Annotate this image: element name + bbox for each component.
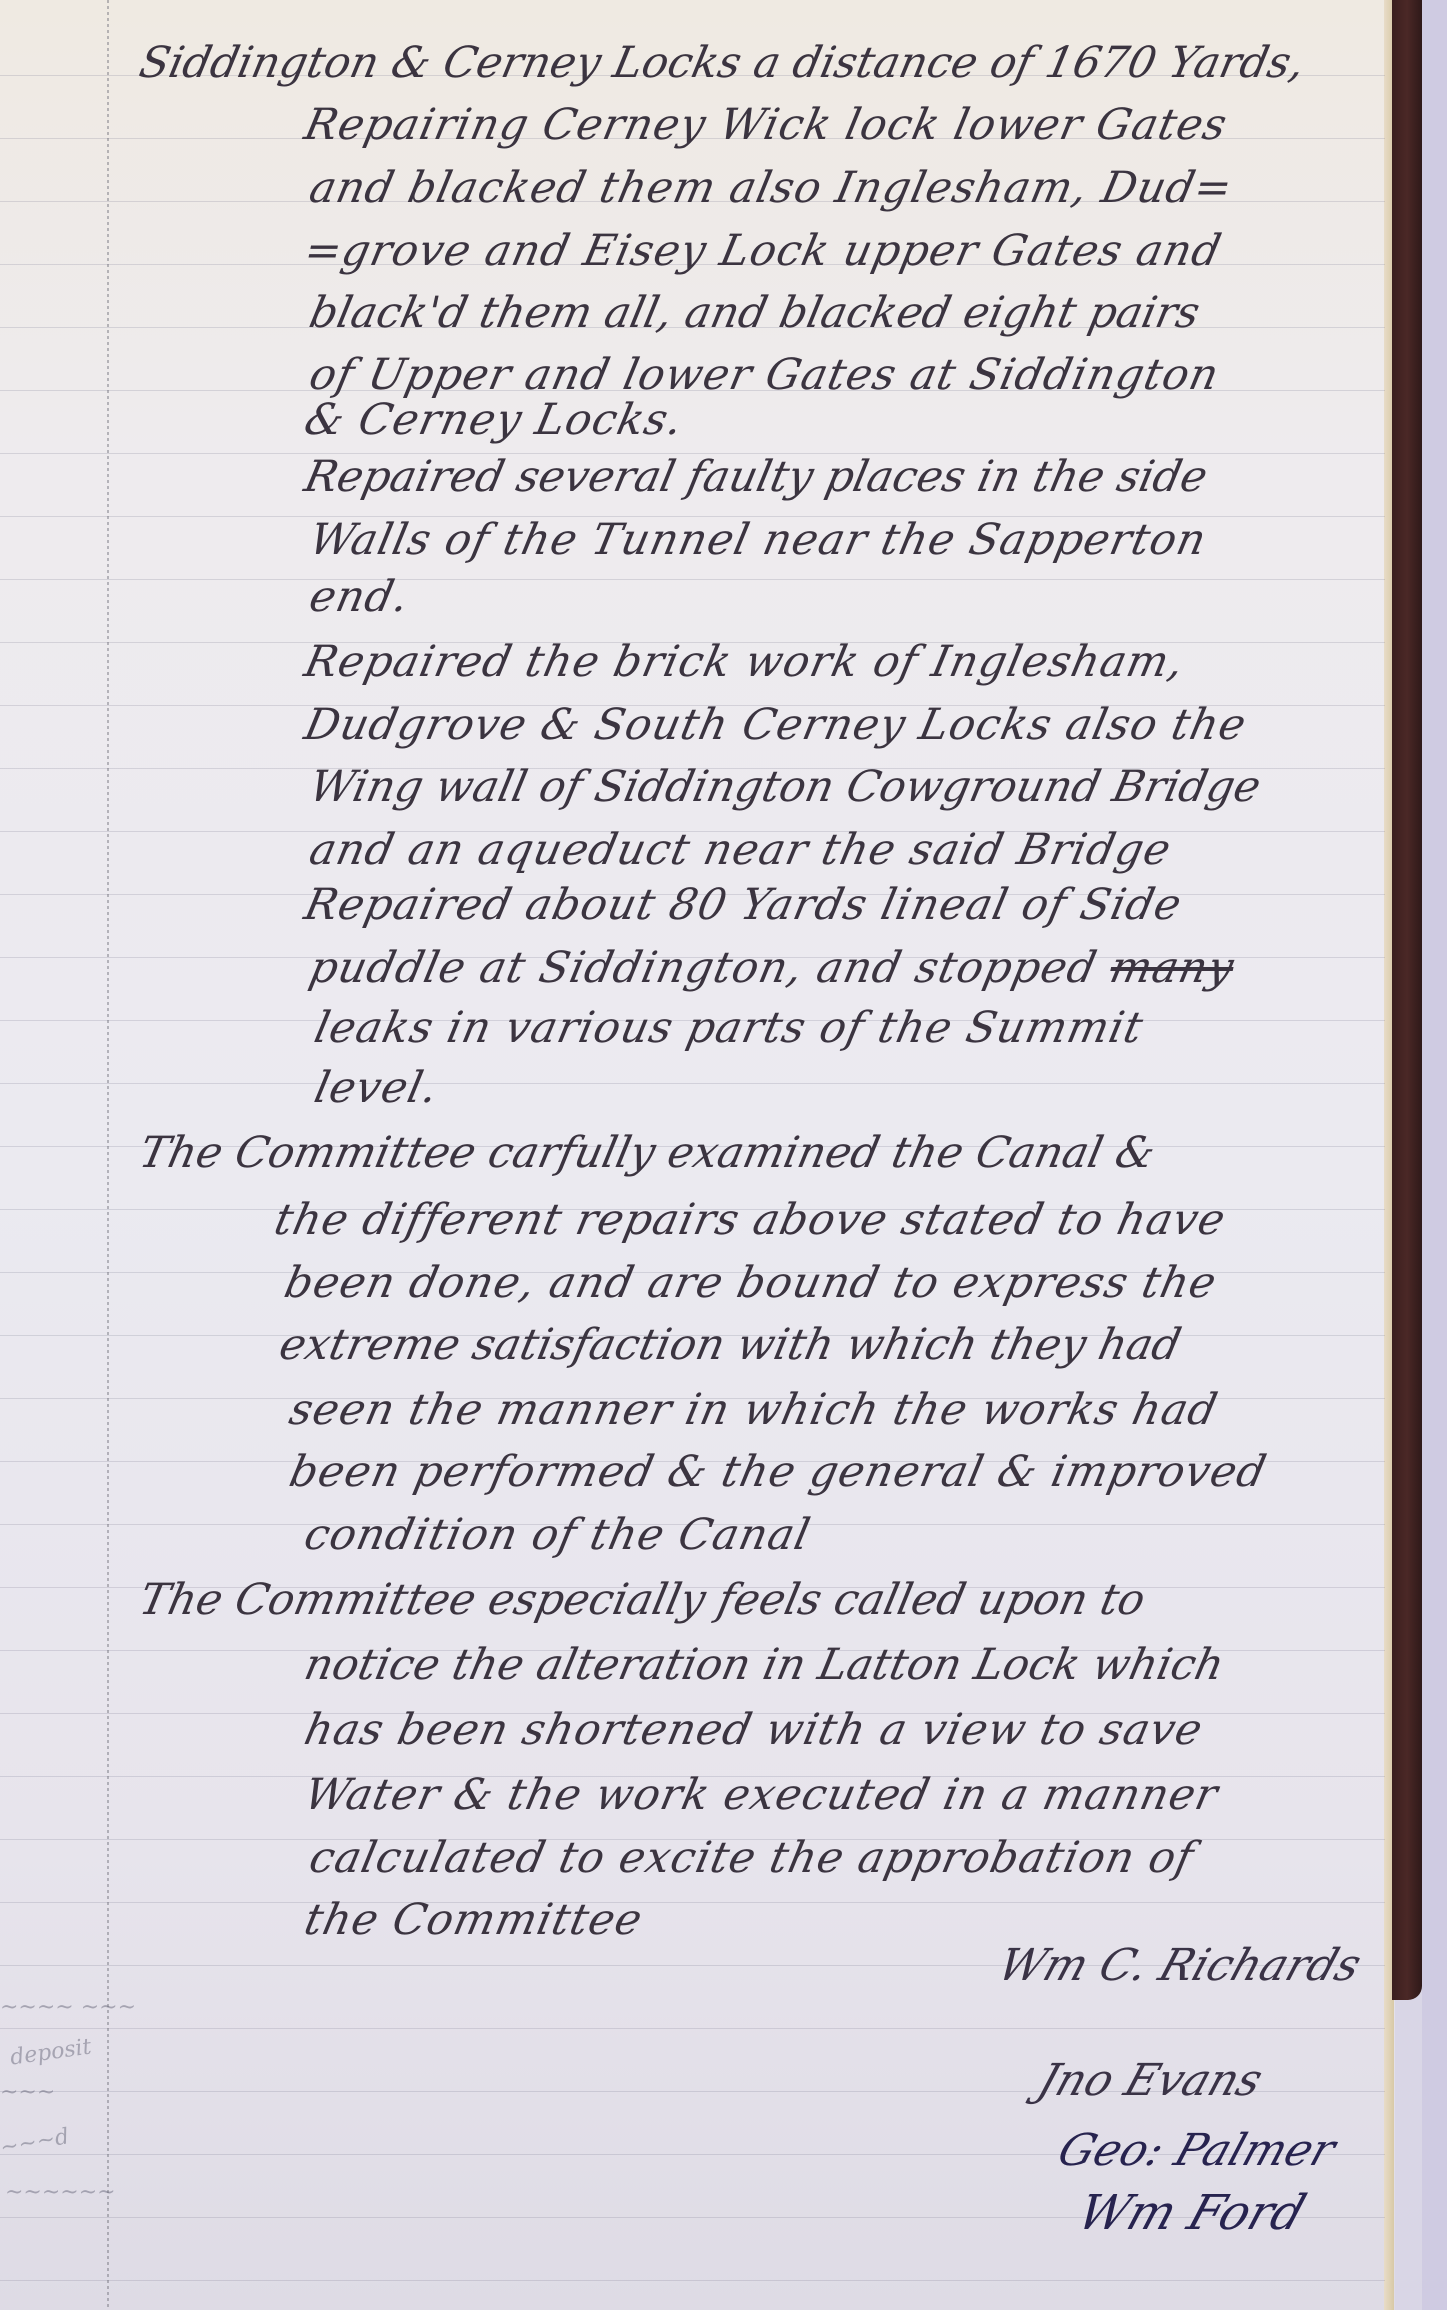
text-line: level.	[310, 1063, 443, 1113]
text-line: and an aqueduct near the said Bridge	[305, 825, 1176, 875]
ruled-line	[0, 579, 1385, 580]
signature-palmer: Geo: Palmer	[1052, 2125, 1342, 2176]
text-line: Siddington & Cerney Locks a distance of …	[135, 38, 1309, 88]
margin-note: ~~~~ ~~~	[0, 1995, 136, 2020]
text-line: Walls of the Tunnel near the Sapperton	[305, 515, 1211, 565]
text-line: Repaired about 80 Yards lineal of Side	[300, 880, 1187, 930]
text-line: the Committee	[300, 1895, 647, 1945]
text-line: seen the manner in which the works had	[285, 1385, 1222, 1435]
book-binding	[1392, 0, 1422, 2000]
text-line: condition of the Canal	[300, 1510, 815, 1560]
ruled-line	[0, 1902, 1385, 1903]
margin-note: ~~~~~~	[5, 2180, 116, 2205]
background-surface	[1422, 0, 1447, 2310]
ruled-line	[0, 1083, 1385, 1084]
text-line: Repaired the brick work of Inglesham,	[300, 637, 1189, 687]
signature-richards: Wm C. Richards	[992, 1940, 1368, 1991]
struck-word: many	[1106, 943, 1239, 993]
signature-ford: Wm Ford	[1071, 2185, 1313, 2241]
text-line: The Committee especially feels called up…	[135, 1575, 1150, 1625]
text-line: =grove and Eisey Lock upper Gates and	[300, 226, 1226, 276]
margin-note: ~~~	[0, 2080, 55, 2105]
text-line: The Committee carfully examined the Cana…	[135, 1128, 1160, 1178]
ruled-line	[0, 2028, 1385, 2029]
text-line: been done, and are bound to express the	[280, 1258, 1221, 1308]
text-line: been performed & the general & improved	[285, 1447, 1271, 1497]
text-line: Repaired several faulty places in the si…	[300, 452, 1212, 502]
text-line: calculated to excite the approbation of	[305, 1833, 1198, 1883]
text-line: end.	[305, 572, 414, 622]
text-segment: puddle at Siddington, and stopped	[305, 943, 1102, 993]
text-line: puddle at Siddington, and stopped many	[305, 943, 1239, 993]
text-line: Water & the work executed in a manner	[300, 1770, 1223, 1820]
text-line: leaks in various parts of the Summit	[310, 1003, 1148, 1053]
text-line: extreme satisfaction with which they had	[275, 1320, 1185, 1370]
margin-rule	[107, 0, 109, 2310]
signature-evans: Jno Evans	[1032, 2055, 1269, 2106]
text-line: black'd them all, and blacked eight pair…	[305, 288, 1204, 338]
text-line: Dudgrove & South Cerney Locks also the	[300, 700, 1251, 750]
text-line: of Upper and lower Gates at Siddington	[305, 350, 1224, 400]
text-line: Wing wall of Siddington Cowground Bridge	[305, 762, 1265, 812]
text-line: and blacked them also Inglesham, Dud=	[305, 163, 1237, 213]
ruled-line	[0, 2280, 1385, 2281]
text-line: Repairing Cerney Wick lock lower Gates	[300, 100, 1232, 150]
text-line: the different repairs above stated to ha…	[270, 1195, 1230, 1245]
text-line: & Cerney Locks.	[300, 395, 688, 445]
text-line: notice the alteration in Latton Lock whi…	[300, 1640, 1229, 1690]
text-line: has been shortened with a view to save	[300, 1705, 1208, 1755]
